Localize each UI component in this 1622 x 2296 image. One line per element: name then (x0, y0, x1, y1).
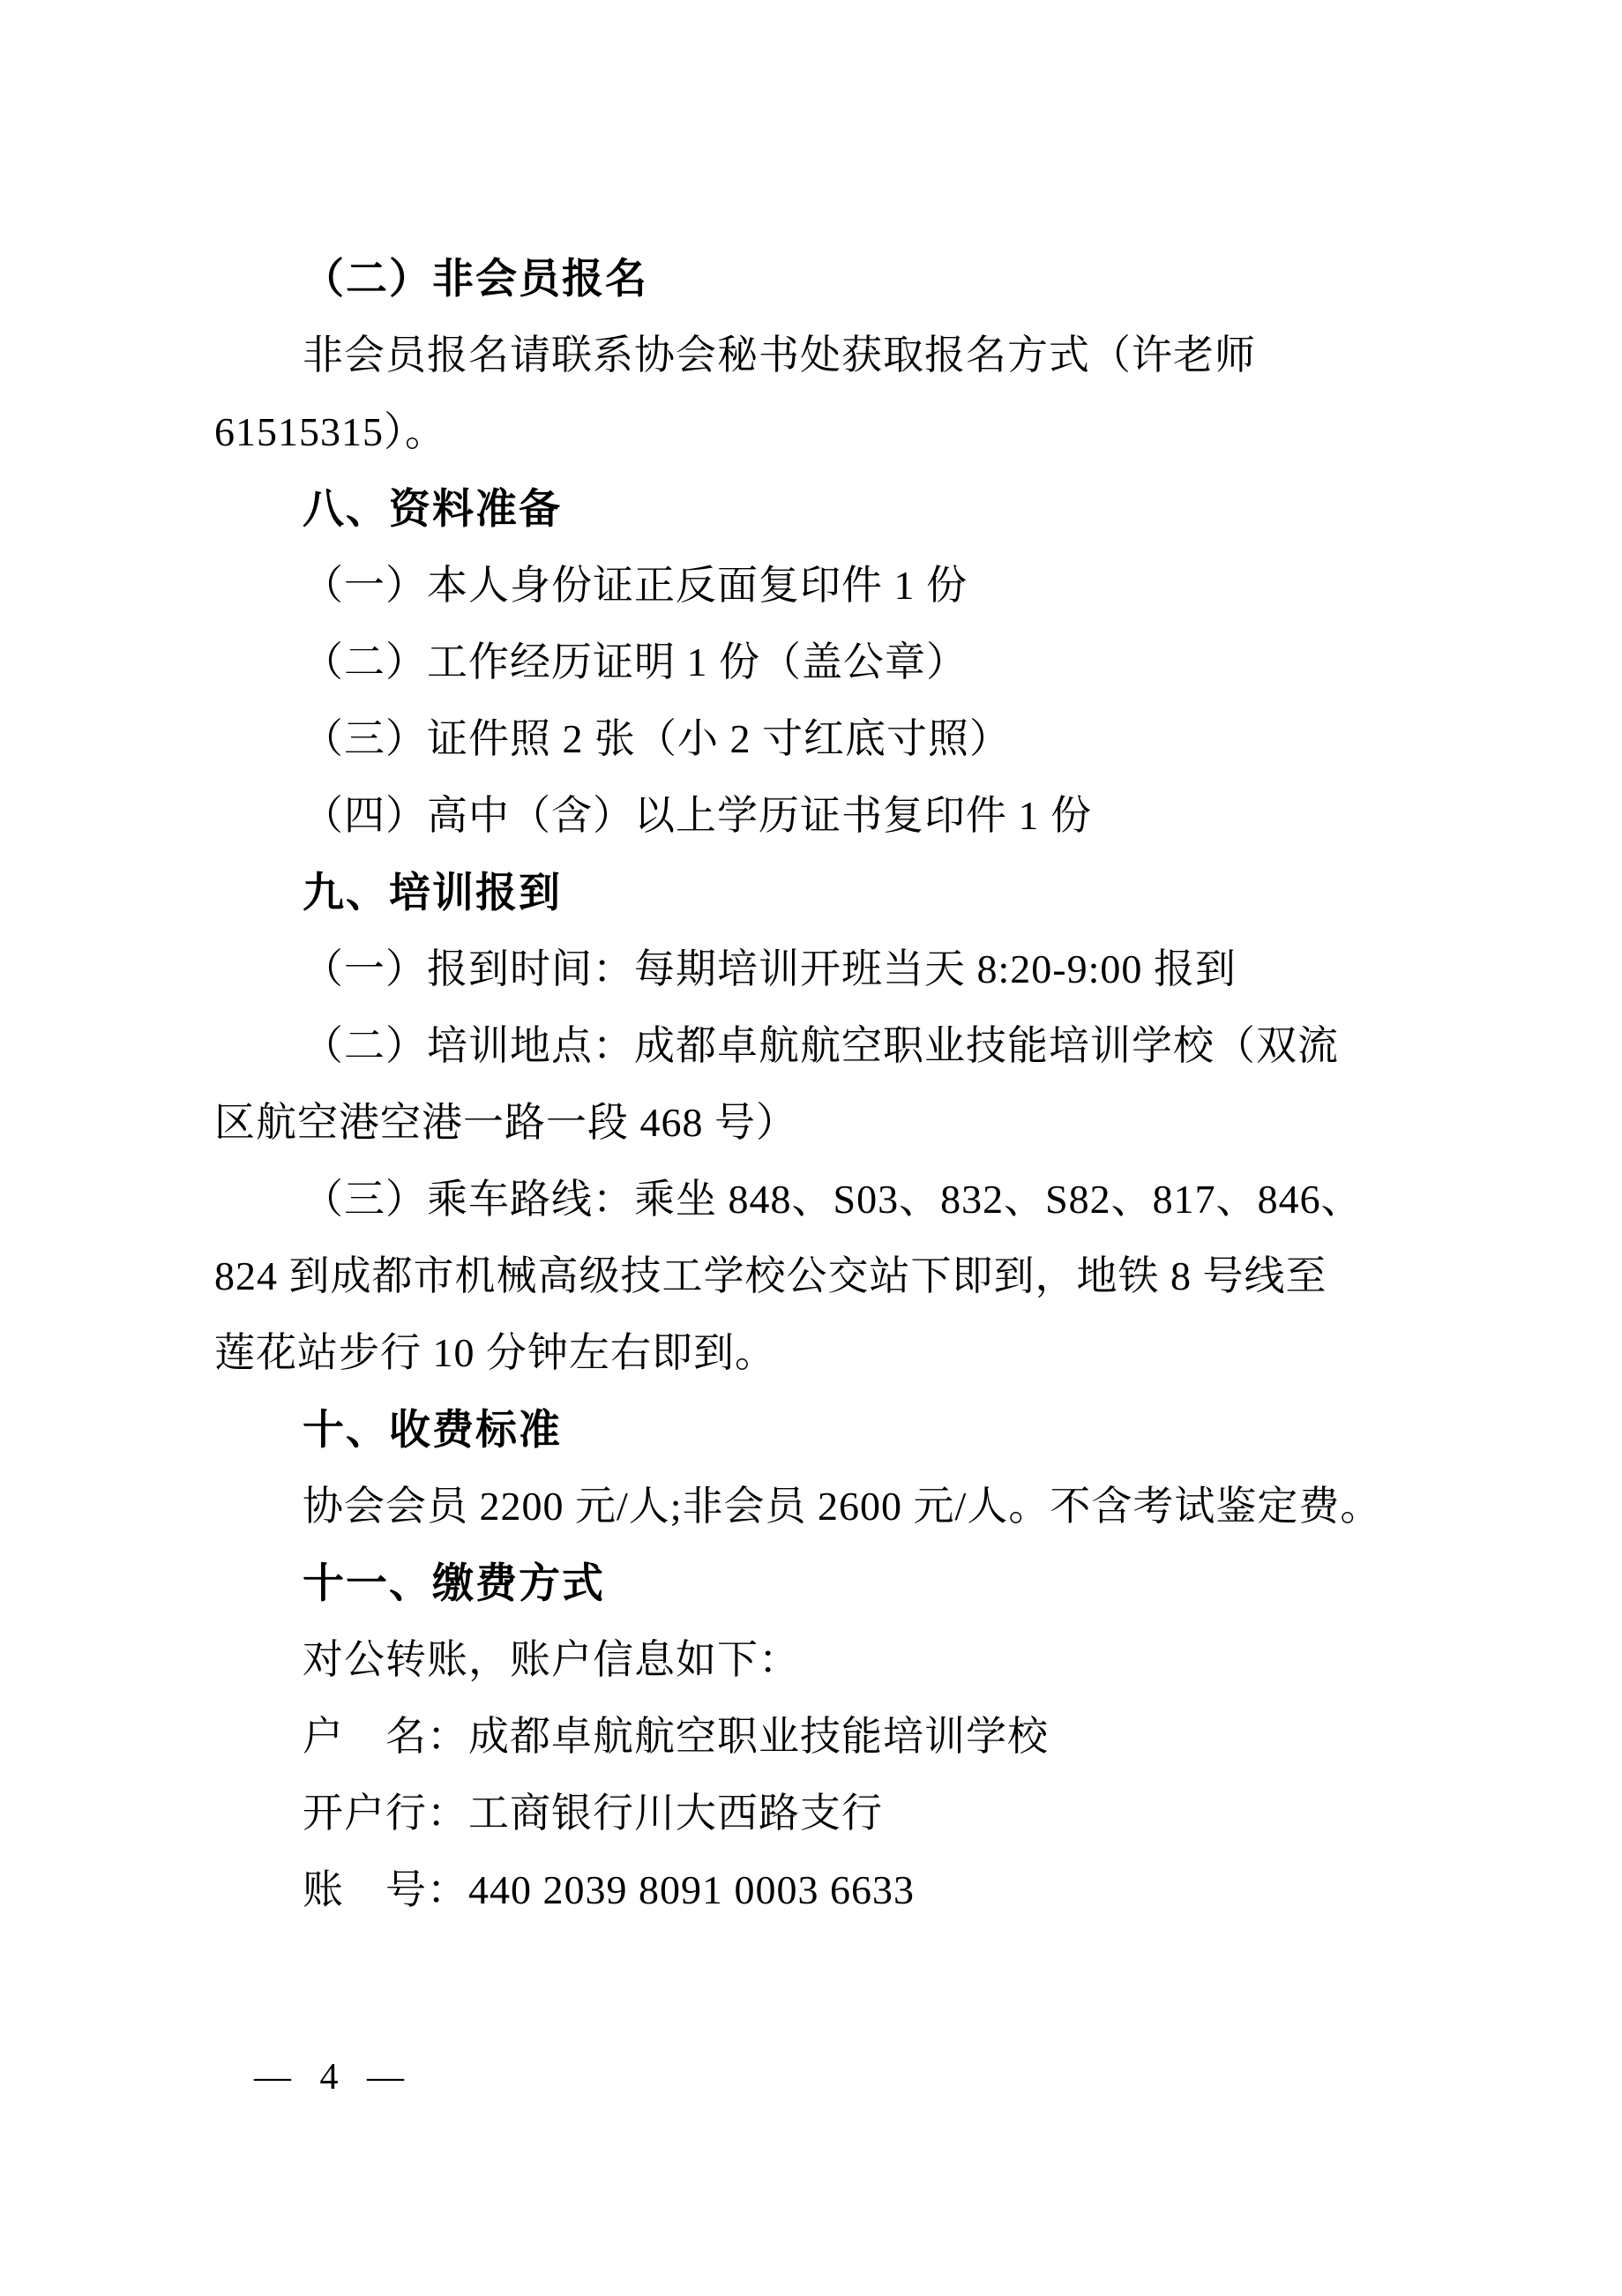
para-nonmember-contact-line1: 非会员报名请联系协会秘书处获取报名方式（许老师 (214, 317, 1418, 393)
item-checkin-time: （一）报到时间：每期培训开班当天 8:20-9:00 报到 (214, 931, 1418, 1007)
item-bus-routes-line2: 824 到成都市机械高级技工学校公交站下即到，地铁 8 号线至 (214, 1238, 1418, 1314)
item-id-card-copy: （一）本人身份证正反面复印件 1 份 (214, 547, 1418, 624)
item-diploma-copy: （四）高中（含）以上学历证书复印件 1 份 (214, 777, 1418, 854)
section-heading-checkin: 九、培训报到 (214, 854, 1418, 931)
section-heading-payment: 十一、缴费方式 (214, 1544, 1418, 1621)
document-body: （二）非会员报名 非会员报名请联系协会秘书处获取报名方式（许老师 6151531… (214, 240, 1418, 1928)
section-heading-fees: 十、收费标准 (214, 1391, 1418, 1468)
para-nonmember-contact-line2: 61515315）。 (214, 393, 1418, 470)
item-training-location-line1: （二）培训地点：成都卓航航空职业技能培训学校（双流 (214, 1007, 1418, 1084)
item-bus-routes-line1: （三）乘车路线：乘坐 848、S03、832、S82、817、846、 (214, 1161, 1418, 1238)
field-account-name: 户 名：成都卓航航空职业技能培训学校 (214, 1698, 1418, 1775)
item-id-photos: （三）证件照 2 张（小 2 寸红底寸照） (214, 700, 1418, 777)
item-work-experience-proof: （二）工作经历证明 1 份（盖公章） (214, 624, 1418, 700)
para-fee-standard: 协会会员 2200 元/人;非会员 2600 元/人。不含考试鉴定费。 (214, 1468, 1418, 1544)
field-account-number: 账 号：440 2039 8091 0003 6633 (214, 1851, 1418, 1928)
field-bank-branch: 开户行：工商银行川大西路支行 (214, 1775, 1418, 1851)
item-training-location-line2: 区航空港空港一路一段 468 号） (214, 1084, 1418, 1161)
section-heading-materials: 八、资料准备 (214, 470, 1418, 547)
item-bus-routes-line3: 莲花站步行 10 分钟左右即到。 (214, 1314, 1418, 1391)
section-heading-nonmember-signup: （二）非会员报名 (214, 240, 1418, 317)
document-page: （二）非会员报名 非会员报名请联系协会秘书处获取报名方式（许老师 6151531… (0, 0, 1622, 2296)
para-transfer-intro: 对公转账，账户信息如下： (214, 1621, 1418, 1698)
page-number: — 4 — (254, 2055, 407, 2099)
